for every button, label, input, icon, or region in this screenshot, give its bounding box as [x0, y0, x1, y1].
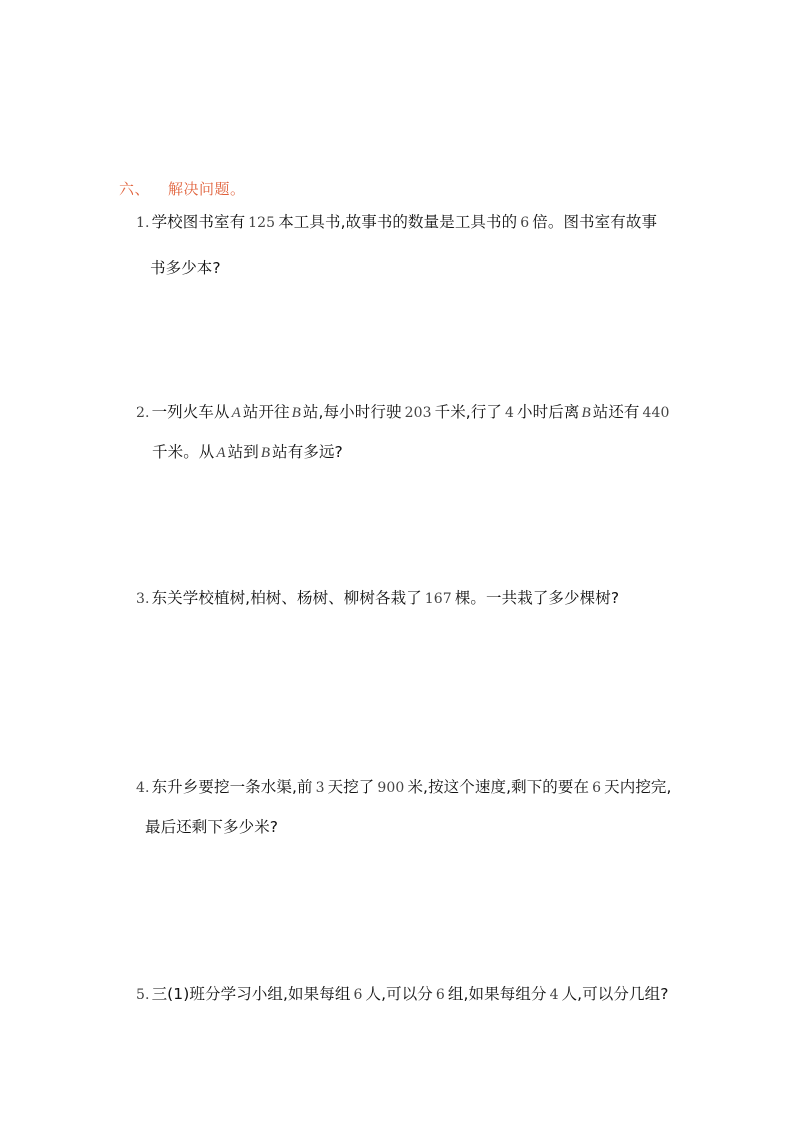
number-value: 6 — [517, 215, 532, 231]
number-value: 4 — [547, 987, 562, 1003]
variable: B — [259, 445, 272, 461]
variable: A — [230, 405, 243, 421]
section-header: 六、解决问题。 — [119, 178, 246, 199]
variable: A — [214, 445, 227, 461]
question-text: 一列火车从 — [152, 403, 230, 421]
question-number: 5. — [136, 987, 150, 1003]
question-text: 人,可以分几组? — [562, 985, 669, 1003]
number-value: 167 — [422, 591, 455, 607]
question-text: 组,如果每组分 — [448, 985, 547, 1003]
number-value: 125 — [245, 215, 278, 231]
question-text: 天挖了 — [328, 778, 375, 796]
question-text: 站开往 — [243, 403, 290, 421]
question-number: 4. — [136, 780, 150, 796]
number-value: 203 — [402, 405, 435, 421]
question-text: 学校图书室有 — [152, 213, 246, 231]
variable: B — [579, 405, 592, 421]
number-value: 6 — [350, 987, 365, 1003]
question-text: 本工具书,故事书的数量是工具书的 — [278, 213, 517, 231]
number-value: 3 — [313, 780, 328, 796]
question-text: 东关学校植树,柏树、杨树、柳树各栽了 — [152, 589, 422, 607]
variable: B — [290, 405, 303, 421]
question-text: 站有多远? — [272, 443, 343, 461]
question-text: 站,每小时行驶 — [303, 403, 402, 421]
question-2-line-1: 2.一列火车从A站开往B站,每小时行驶203千米,行了4小时后离B站还有440 — [136, 402, 673, 423]
number-value: 6 — [433, 987, 448, 1003]
question-text: 天内挖完, — [604, 778, 671, 796]
question-number: 2. — [136, 405, 150, 421]
section-title: 解决问题。 — [168, 180, 246, 198]
number-value: 4 — [502, 405, 517, 421]
question-5-line-1: 5.三(1)班分学习小组,如果每组6人,可以分6组,如果每组分4人,可以分几组? — [136, 984, 669, 1005]
question-text: 人,可以分 — [365, 985, 432, 1003]
question-text: 棵。一共栽了多少棵树? — [455, 589, 619, 607]
section-number: 六、 — [119, 180, 150, 198]
question-text: 站还有 — [593, 403, 640, 421]
question-text: 千米,行了 — [435, 403, 502, 421]
question-text: 三(1)班分学习小组,如果每组 — [152, 985, 351, 1003]
question-number: 3. — [136, 591, 150, 607]
question-4-line-1: 4.东升乡要挖一条水渠,前3天挖了900米,按这个速度,剩下的要在6天内挖完, — [136, 777, 672, 798]
question-text: 米,按这个速度,剩下的要在 — [407, 778, 589, 796]
question-text: 倍。图书室有故事 — [532, 213, 657, 231]
question-text: 东升乡要挖一条水渠,前 — [152, 778, 313, 796]
number-value: 440 — [640, 405, 673, 421]
number-value: 6 — [589, 780, 604, 796]
question-3-line-1: 3.东关学校植树,柏树、杨树、柳树各栽了167棵。一共栽了多少棵树? — [136, 588, 619, 609]
question-text: 小时后离 — [517, 403, 579, 421]
question-number: 1. — [136, 215, 150, 231]
question-1-line-2: 书多少本? — [150, 258, 221, 278]
question-4-line-2: 最后还剩下多少米? — [145, 817, 278, 837]
question-2-line-2: 千米。从A站到B站有多远? — [152, 442, 343, 463]
number-value: 900 — [374, 780, 407, 796]
question-text: 千米。从 — [152, 443, 214, 461]
question-text: 站到 — [228, 443, 259, 461]
question-1-line-1: 1.学校图书室有125本工具书,故事书的数量是工具书的6倍。图书室有故事 — [136, 212, 657, 233]
